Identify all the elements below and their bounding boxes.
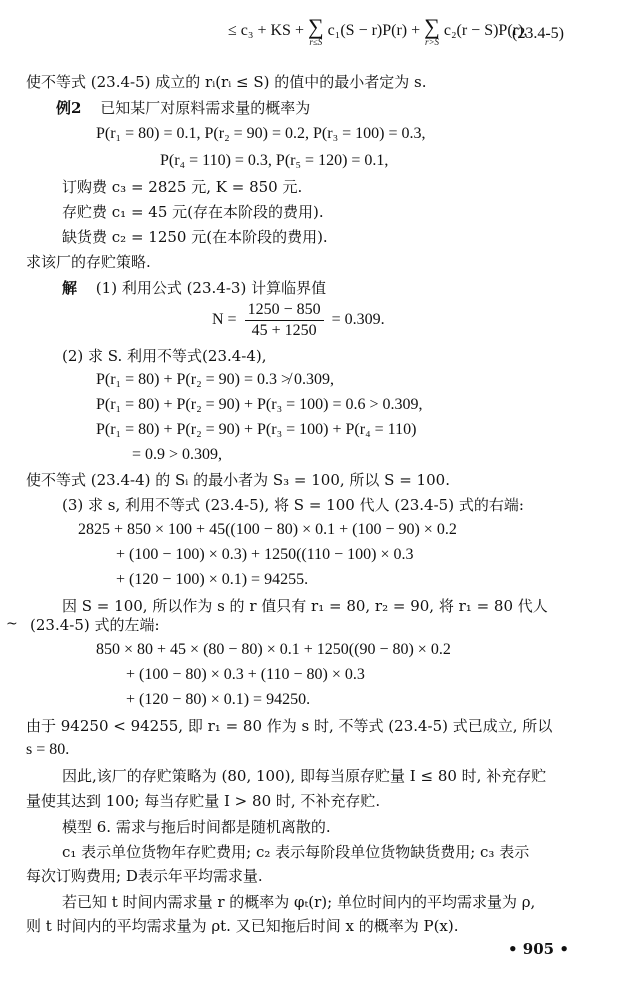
summation-subscript: r>S [424,38,440,47]
policy-line-2: 量使其达到 100; 每当存贮量 I > 80 时, 不补充存贮. [26,791,380,811]
paragraph-define-s: 使不等式 (23.4-5) 成立的 rᵢ(rᵢ ≤ S) 的值中的最小者定为 s… [26,72,426,92]
example-heading: 例2 已知某厂对原料需求量的概率为 [56,98,310,118]
equation-label: (23.4-5) [512,24,564,44]
policy-line-1: 因此,该厂的存贮策略为 (80, 100), 即每当原存贮量 I ≤ 80 时,… [62,766,546,786]
rhs-line-3: + (120 − 100) × 0.1) = 94255. [116,570,308,590]
solution-step-2: (2) 求 S. 利用不等式(23.4-4), [62,346,267,366]
lhs-line-3: + (120 − 80) × 0.1) = 94250. [126,690,310,710]
lhs-line-1: 850 × 80 + 45 × (80 − 80) × 0.1 + 1250((… [96,640,451,660]
page-number: • 905 • [508,940,569,958]
example-text: 已知某厂对原料需求量的概率为 [100,99,310,117]
summation-r-gt-S: ∑r>S [424,16,440,47]
fraction: 1250 − 850 45 + 1250 [245,300,324,341]
equation-mid-text: c₁(S − r)P(r) + [328,22,425,39]
critical-value-equation: N = 1250 − 850 45 + 1250 = 0.309. [212,300,385,341]
known-line-2: 则 t 时间内的平均需求量为 ρt. 又已知拖后时间 x 的概率为 P(x). [26,916,459,936]
holding-cost: 存贮费 c₁ = 45 元(存在本阶段的费用). [62,202,324,222]
S-result: 使不等式 (23.4-4) 的 Sᵢ 的最小者为 S₃ = 100, 所以 S … [26,470,450,490]
margin-mark: ~ [6,616,18,632]
solution-step-1-text: (1) 利用公式 (23.4-3) 计算临界值 [96,279,326,297]
critical-value-rhs: = 0.309. [332,311,385,328]
inequality-3b: = 0.9 > 0.309, [132,445,222,465]
fraction-denominator: 45 + 1250 [245,321,324,341]
sigma-icon: ∑ [424,16,440,38]
critical-value-lhs: N = [212,311,237,328]
because-line: 因 S = 100, 所以作为 s 的 r 值只有 r₁ = 80, r₂ = … [62,596,548,616]
definitions-line-2: 每次订购费用; D表示年平均需求量. [26,866,263,886]
question: 求该厂的存贮策略. [26,252,151,272]
lhs-intro: (23.4-5) 式的左端: [30,615,160,635]
s-result: s = 80. [26,740,69,760]
known-line-1: 若已知 t 时间内需求量 r 的概率为 φₜ(r); 单位时间内的平均需求量为 … [62,892,535,912]
example-label: 例2 [56,99,81,117]
summation-r-le-S: ∑r≤S [308,16,324,47]
solution-step-1: 解 (1) 利用公式 (23.4-3) 计算临界值 [62,278,326,298]
order-cost: 订购费 c₃ = 2825 元, K = 850 元. [62,177,302,197]
summation-subscript: r≤S [308,38,324,47]
shortage-cost: 缺货费 c₂ = 1250 元(在本阶段的费用). [62,227,328,247]
rhs-line-1: 2825 + 850 × 100 + 45((100 − 80) × 0.1 +… [78,520,457,540]
fraction-numerator: 1250 − 850 [245,300,324,321]
inequality-1: P(r₁ = 80) + P(r₂ = 90) = 0.3 ≯ 0.309, [96,370,334,390]
equation-lhs-text: ≤ c₃ + KS + [228,22,308,39]
solution-label: 解 [62,279,77,297]
since-line: 由于 94250 < 94255, 即 r₁ = 80 作为 s 时, 不等式 … [26,716,552,736]
inequality-2: P(r₁ = 80) + P(r₂ = 90) + P(r₃ = 100) = … [96,395,423,415]
rhs-line-2: + (100 − 100) × 0.3) + 1250((110 − 100) … [116,545,414,565]
probability-line-2: P(r₄ = 110) = 0.3, P(r₅ = 120) = 0.1, [160,151,388,171]
equation-23-4-5: ≤ c₃ + KS + ∑r≤S c₁(S − r)P(r) + ∑r>S c₂… [228,16,527,47]
lhs-line-2: + (100 − 80) × 0.3 + (110 − 80) × 0.3 [126,665,365,685]
probability-line-1: P(r₁ = 80) = 0.1, P(r₂ = 90) = 0.2, P(r₃… [96,124,426,144]
model-6-heading: 模型 6. 需求与拖后时间都是随机离散的. [62,817,331,837]
inequality-3a: P(r₁ = 80) + P(r₂ = 90) + P(r₃ = 100) + … [96,420,416,440]
sigma-icon: ∑ [308,16,324,38]
definitions-line-1: c₁ 表示单位货物年存贮费用; c₂ 表示每阶段单位货物缺货费用; c₃ 表示 [62,842,529,862]
solution-step-3: (3) 求 s, 利用不等式 (23.4-5), 将 S = 100 代人 (2… [62,495,524,515]
